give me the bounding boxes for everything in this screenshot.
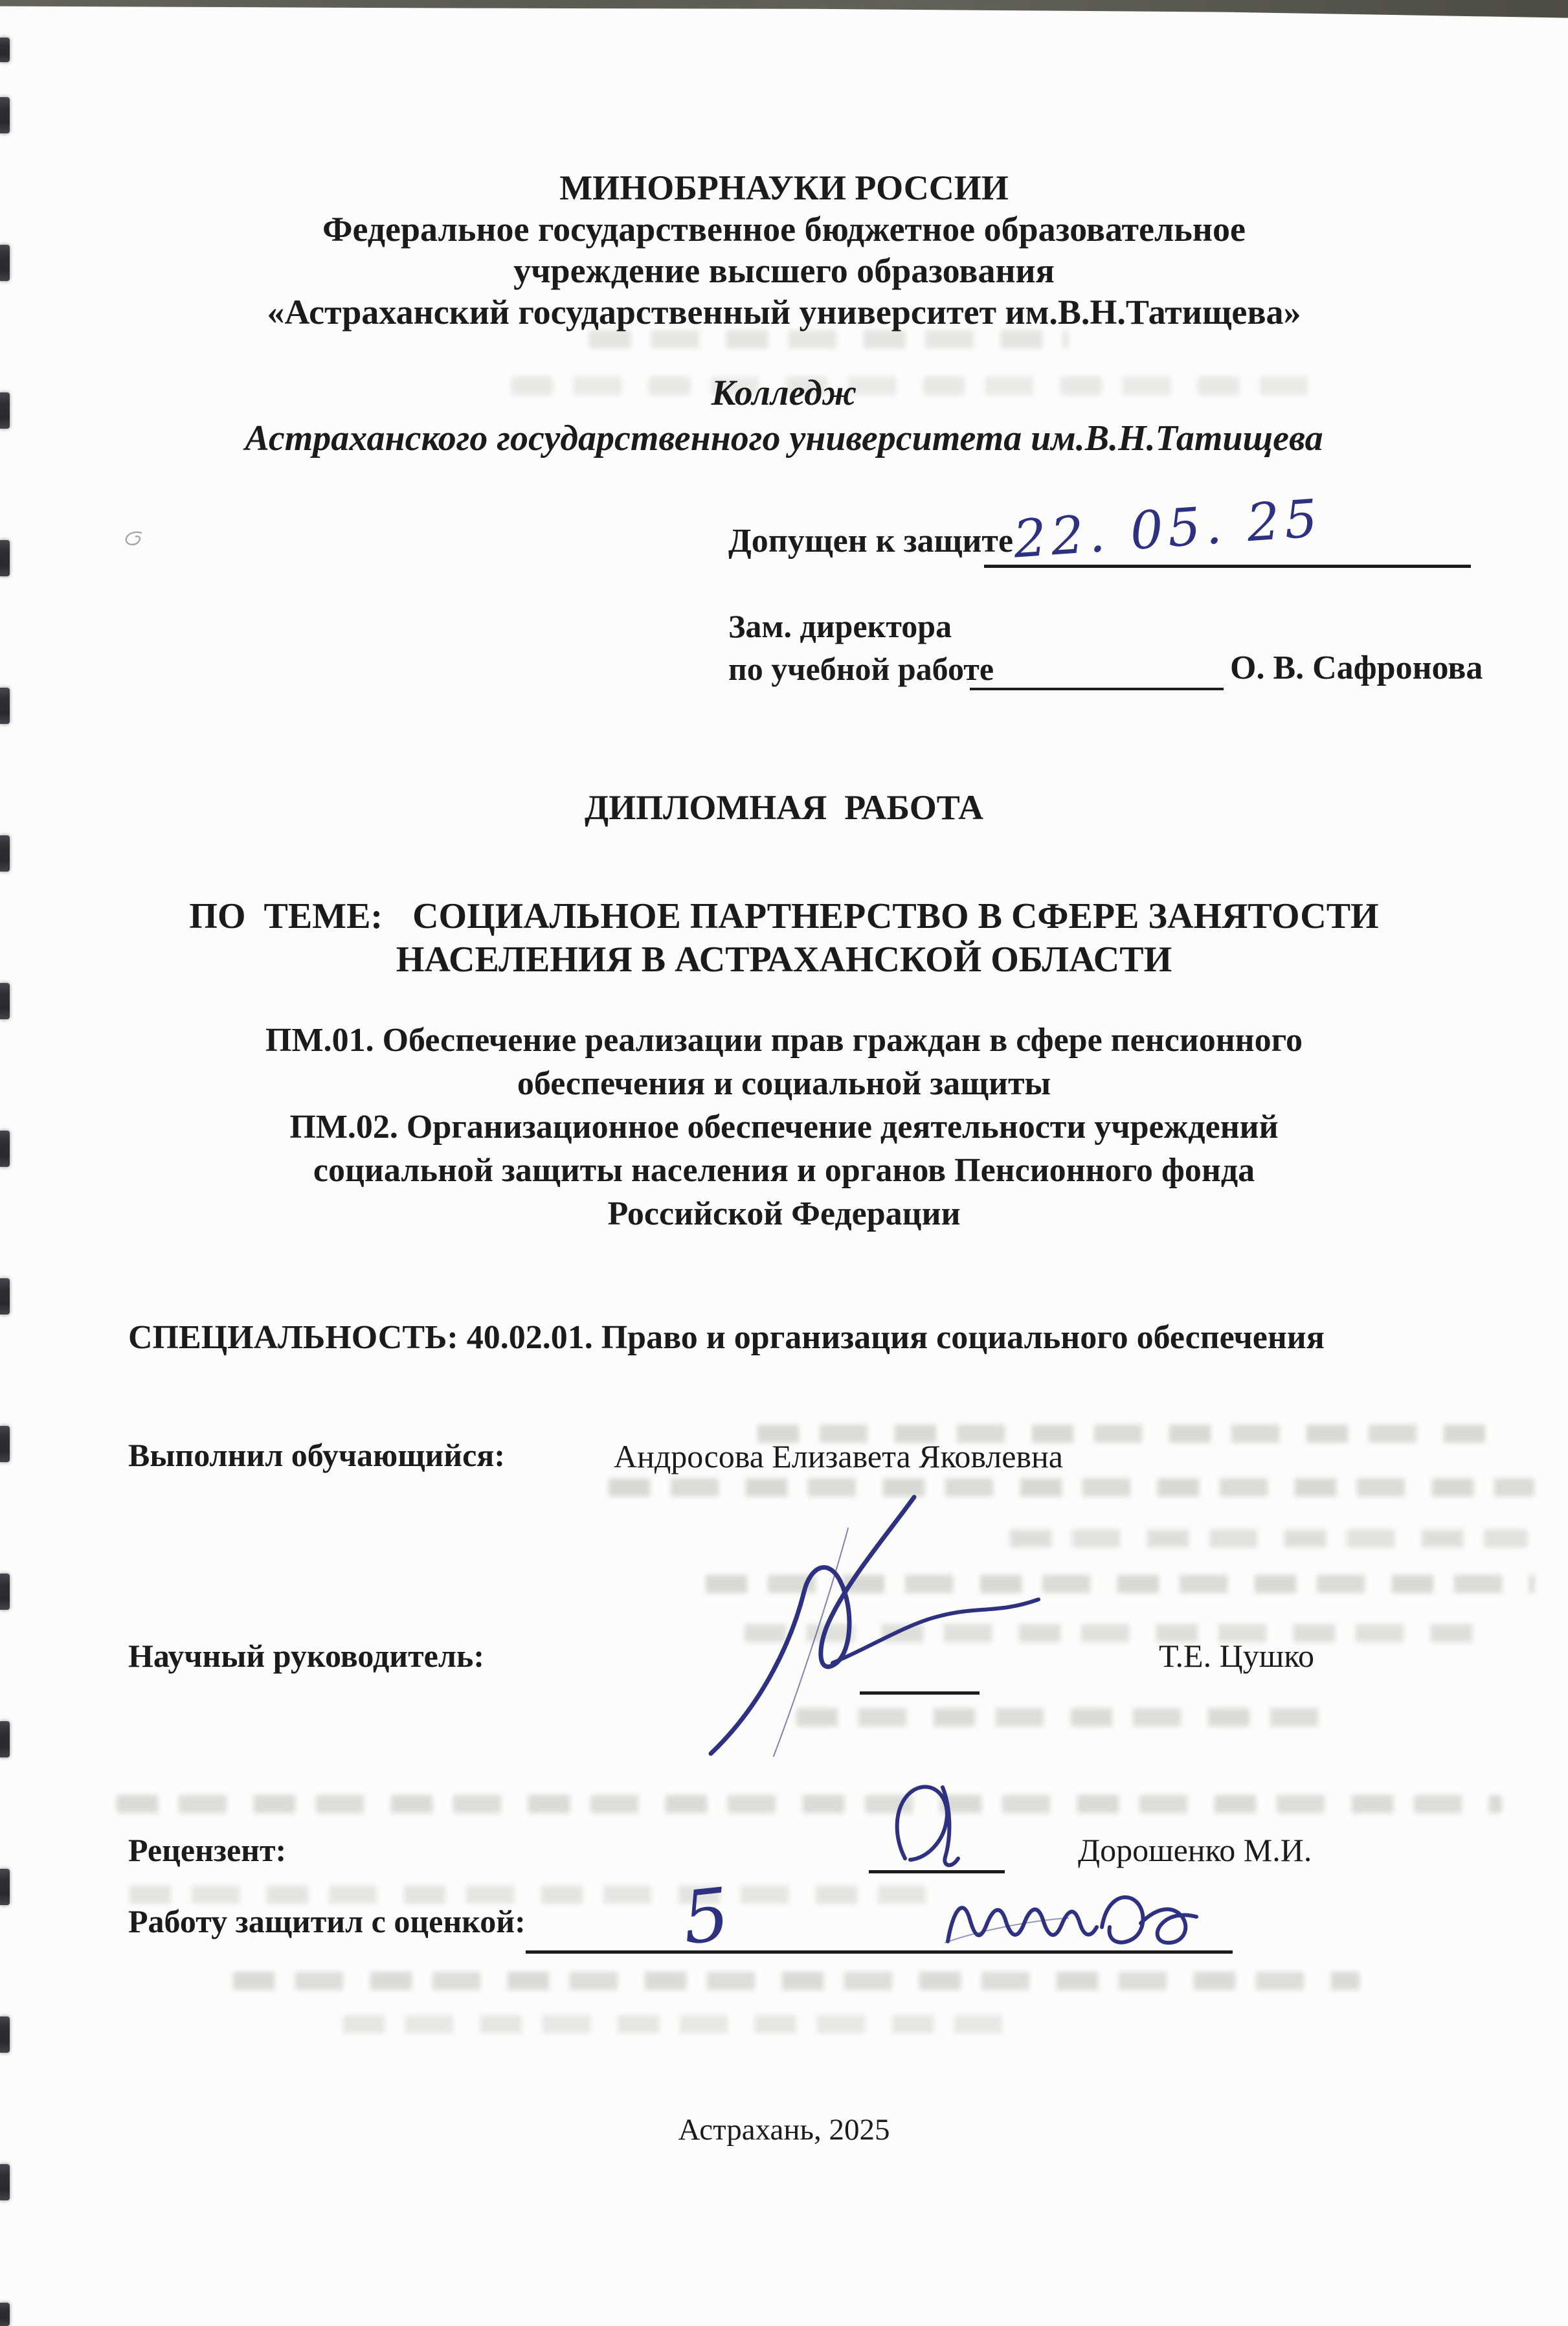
org-line-2: учреждение высшего образования	[0, 250, 1568, 291]
topic-text-line2: НАСЕЛЕНИЯ В АСТРАХАНСКОЙ ОБЛАСТИ	[0, 939, 1568, 980]
binding-mark	[0, 540, 10, 576]
scanned-title-page: МИНОБРНАУКИ РОССИИ Федеральное государст…	[0, 0, 1568, 2326]
module1-line1: ПМ.01. Обеспечение реализации прав гражд…	[0, 1019, 1568, 1062]
binding-mark	[0, 1721, 10, 1757]
reviewer-signature	[880, 1776, 1016, 1873]
deputy-signature-line	[970, 688, 1224, 690]
supervisor-signature	[634, 1489, 1049, 1761]
binding-mark	[0, 1426, 10, 1462]
supervisor-name: Т.Е. Цушко	[1159, 1637, 1314, 1675]
bleed-through-line	[233, 1972, 1360, 1990]
binding-mark	[0, 1574, 10, 1610]
topic-text-line1: СОЦИАЛЬНОЕ ПАРТНЕРСТВО В СФЕРЕ ЗАНЯТОСТИ	[412, 896, 1379, 937]
bleed-through-line	[129, 1886, 932, 1904]
topic-line-1: ПО ТЕМЕ: СОЦИАЛЬНОЕ ПАРТНЕРСТВО В СФЕРЕ …	[0, 896, 1568, 937]
reviewer-label: Рецензент:	[128, 1831, 286, 1869]
module1-line2: обеспечения и социальной защиты	[0, 1062, 1568, 1105]
student-label: Выполнил обучающийся:	[128, 1436, 505, 1474]
specialty-line: СПЕЦИАЛЬНОСТЬ: 40.02.01. Право и организ…	[128, 1318, 1325, 1357]
reviewer-name: Дорошенко М.И.	[1078, 1831, 1312, 1869]
college-line-2: Астраханского государственного университ…	[0, 416, 1568, 461]
supervisor-signature-line	[860, 1691, 980, 1695]
college-block: Колледж Астраханского государственного у…	[0, 370, 1568, 461]
deputy-name: О. В. Сафронова	[1230, 649, 1483, 687]
city-year: Астрахань, 2025	[0, 2112, 1568, 2147]
module2-line2: социальной защиты населения и органов Пе…	[0, 1149, 1568, 1192]
pencil-mark	[120, 528, 150, 550]
binding-mark	[0, 2164, 10, 2200]
binding-mark	[0, 688, 10, 724]
work-type-title: ДИПЛОМНАЯ РАБОТА	[0, 787, 1568, 828]
org-line-1: Федеральное государственное бюджетное об…	[0, 209, 1568, 250]
module2-line1: ПМ.02. Организационное обеспечение деяте…	[0, 1105, 1568, 1149]
handwritten-date: 22. 05. 25	[1011, 488, 1323, 569]
topic-label: ПО ТЕМЕ:	[189, 896, 383, 937]
ministry-line: МИНОБРНАУКИ РОССИИ	[0, 167, 1568, 209]
college-line-1: Колледж	[0, 370, 1568, 416]
binding-mark	[0, 835, 10, 872]
binding-mark	[0, 97, 10, 133]
handwritten-grade: 5	[678, 1873, 733, 1961]
header-block: МИНОБРНАУКИ РОССИИ Федеральное государст…	[0, 167, 1568, 333]
bleed-through-line	[1010, 1530, 1528, 1548]
bleed-through-line	[589, 330, 1068, 348]
grade-label: Работу защитил с оценкой:	[128, 1903, 526, 1940]
student-name: Андросова Елизавета Яковлевна	[614, 1438, 1063, 1475]
bleed-through-line	[343, 2015, 1029, 2033]
binding-mark	[0, 38, 10, 62]
admitted-label: Допущен к защите	[728, 522, 1013, 560]
deputy-label-line1: Зам. директора	[728, 607, 952, 645]
deputy-label-line2: по учебной работе	[728, 650, 994, 688]
binding-mark	[0, 2303, 10, 2326]
binding-mark	[0, 1278, 10, 1315]
bleed-through-line	[117, 1795, 1502, 1813]
scan-top-edge-artifact	[0, 0, 1568, 19]
grade-signature	[939, 1866, 1217, 1957]
binding-mark	[0, 1869, 10, 1905]
binding-mark	[0, 2016, 10, 2053]
supervisor-label: Научный руководитель:	[128, 1637, 484, 1675]
modules-block: ПМ.01. Обеспечение реализации прав гражд…	[0, 1019, 1568, 1236]
admitted-date-line	[984, 565, 1471, 568]
module2-line3: Российской Федерации	[0, 1192, 1568, 1236]
org-line-3: «Астраханский государственный университе…	[0, 291, 1568, 333]
binding-mark	[0, 983, 10, 1019]
